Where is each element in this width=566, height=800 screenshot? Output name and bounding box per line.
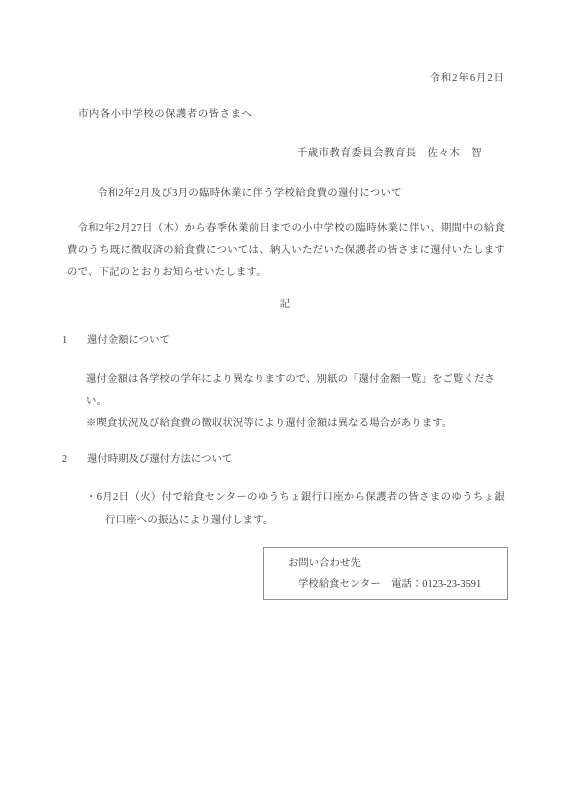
section-2-heading: 2還付時期及び還付方法について (62, 449, 505, 471)
section-1-title: 還付金額について (87, 335, 170, 346)
section-1-line-2: ※喫食状況及び給食費の徴収状況等により還付金額は異なる場合があります。 (86, 413, 505, 435)
contact-box-value: 学校給食センター 電話：0123-23-3591 (298, 574, 507, 595)
document-date: 令和2年6月2日 (67, 68, 505, 90)
section-2-title: 還付時期及び還付方法について (87, 454, 232, 465)
document-page: 令和2年6月2日 市内各小中学校の保護者の皆さまへ 千歳市教育委員会教育長 佐々… (0, 0, 566, 800)
ki-marker: 記 (67, 294, 505, 316)
document-title: 令和2年2月及び3月の臨時休業に伴う学校給食費の還付について (97, 183, 505, 205)
section-refund-method: 2還付時期及び還付方法について ・6月2日（火）付で給食センターのゆうちょ銀行口… (67, 449, 505, 532)
section-1-body: 還付金額は各学校の学年により異なりますので、別紙の「還付金額一覧」をご覧ください… (86, 369, 505, 436)
section-2-number: 2 (62, 449, 87, 471)
addressee-line: 市内各小中学校の保護者の皆さまへ (78, 104, 505, 126)
contact-box: お問い合わせ先 学校給食センター 電話：0123-23-3591 (263, 547, 508, 600)
section-1-number: 1 (62, 330, 87, 352)
sender-line: 千歳市教育委員会教育長 佐々木 智 (67, 143, 505, 165)
section-refund-amount: 1還付金額について 還付金額は各学校の学年により異なりますので、別紙の「還付金額… (67, 330, 505, 436)
section-2-bullet-line: ・6月2日（火）付で給食センターのゆうちょ銀行口座から保護者の皆さまのゆうちょ銀… (86, 487, 505, 532)
body-paragraph: 令和2年2月27日（木）から春季休業前日までの小中学校の臨時休業に伴い、期間中の… (67, 218, 505, 285)
section-1-line-1: 還付金額は各学校の学年により異なりますので、別紙の「還付金額一覧」をご覧ください… (86, 369, 505, 414)
section-1-heading: 1還付金額について (62, 330, 505, 352)
contact-box-label: お問い合わせ先 (288, 553, 507, 574)
